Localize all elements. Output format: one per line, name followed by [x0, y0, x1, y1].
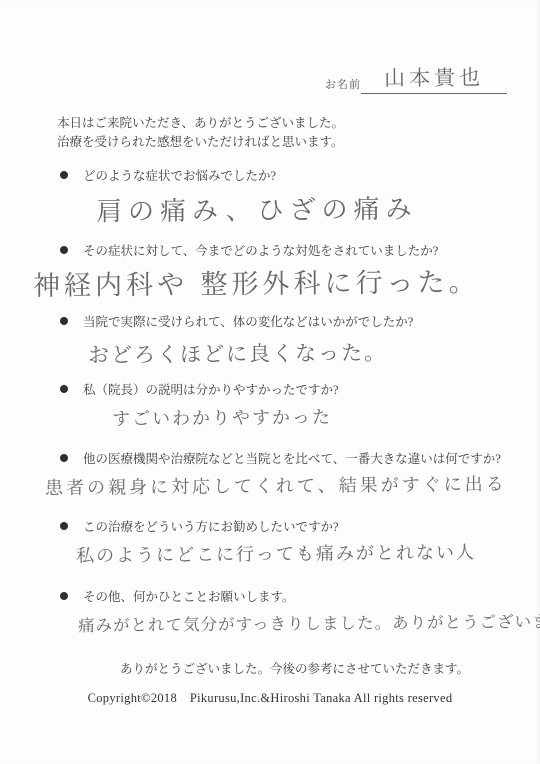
question-biggest-difference: 他の医療機関や治療院などと当院とを比べて、一番大きな違いは何ですか? [60, 449, 501, 467]
question-recommend-to: この治療をどういう方にお勧めしたいですか? [60, 517, 339, 535]
handwritten-answer: 患者の親身に対応してくれて、結果がすぐに出る [45, 470, 507, 500]
question-label: その症状に対して、今までどのような対処をされていましたか? [83, 241, 438, 259]
question-label: この治療をどういう方にお勧めしたいですか? [83, 517, 339, 535]
handwritten-answer: すごいわかりやすかった [112, 403, 332, 431]
bullet-icon [60, 171, 68, 179]
question-body-change: 当院で実際に受けられて、体の変化などはいかがでしたか? [60, 312, 413, 330]
question-label: その他、何かひとことお願いします。 [83, 587, 295, 605]
name-underline: 山本貴也 [361, 55, 507, 94]
question-label: 当院で実際に受けられて、体の変化などはいかがでしたか? [83, 312, 413, 330]
question-symptoms: どのような症状でお悩みでしたか? [60, 166, 276, 184]
closing-note: ありがとうございました。今後の参考にさせていただきます。 [120, 659, 469, 677]
name-field: お名前 山本貴也 [325, 56, 507, 94]
question-explanation-clarity: 私（院長）の説明は分かりやすかったですか? [60, 380, 339, 398]
scanned-feedback-form: お名前 山本貴也 本日はご来院いただき、ありがとうございました。 治療を受けられ… [0, 0, 540, 764]
handwritten-answer: 肩の痛み、ひざの痛み [96, 189, 418, 229]
handwritten-answer: 痛みがとれて気分がすっきりしました。ありがとうございます。 [78, 608, 540, 636]
question-previous-treatment: その症状に対して、今までどのような対処をされていましたか? [60, 241, 438, 259]
question-label: どのような症状でお悩みでしたか? [83, 166, 276, 184]
handwritten-answer: おどろくほどに良くなった。 [88, 337, 387, 370]
bullet-icon [60, 454, 68, 462]
bullet-icon [60, 522, 68, 530]
question-label: 私（院長）の説明は分かりやすかったですか? [83, 380, 339, 398]
intro-line: 本日はご来院いただき、ありがとうございました。 [57, 114, 344, 133]
name-label: お名前 [325, 76, 361, 94]
bullet-icon [60, 385, 68, 393]
bullet-icon [60, 246, 68, 254]
intro-paragraph: 本日はご来院いただき、ありがとうございました。 治療を受けられた感想をいただけれ… [57, 114, 344, 152]
handwritten-answer: 私のようにどこに行っても痛みがとれない人 [76, 538, 476, 567]
bullet-icon [60, 317, 68, 325]
bullet-icon [60, 592, 68, 600]
handwritten-name: 山本貴也 [384, 62, 484, 94]
question-label: 他の医療機関や治療院などと当院とを比べて、一番大きな違いは何ですか? [83, 449, 501, 467]
question-final-comment: その他、何かひとことお願いします。 [60, 587, 295, 605]
intro-line: 治療を受けられた感想をいただければと思います。 [57, 133, 344, 152]
handwritten-answer: 神経内科や 整形外科に行った。 [33, 260, 480, 303]
copyright-notice: Copyright©2018 Pikurusu,Inc.&Hiroshi Tan… [0, 688, 540, 706]
